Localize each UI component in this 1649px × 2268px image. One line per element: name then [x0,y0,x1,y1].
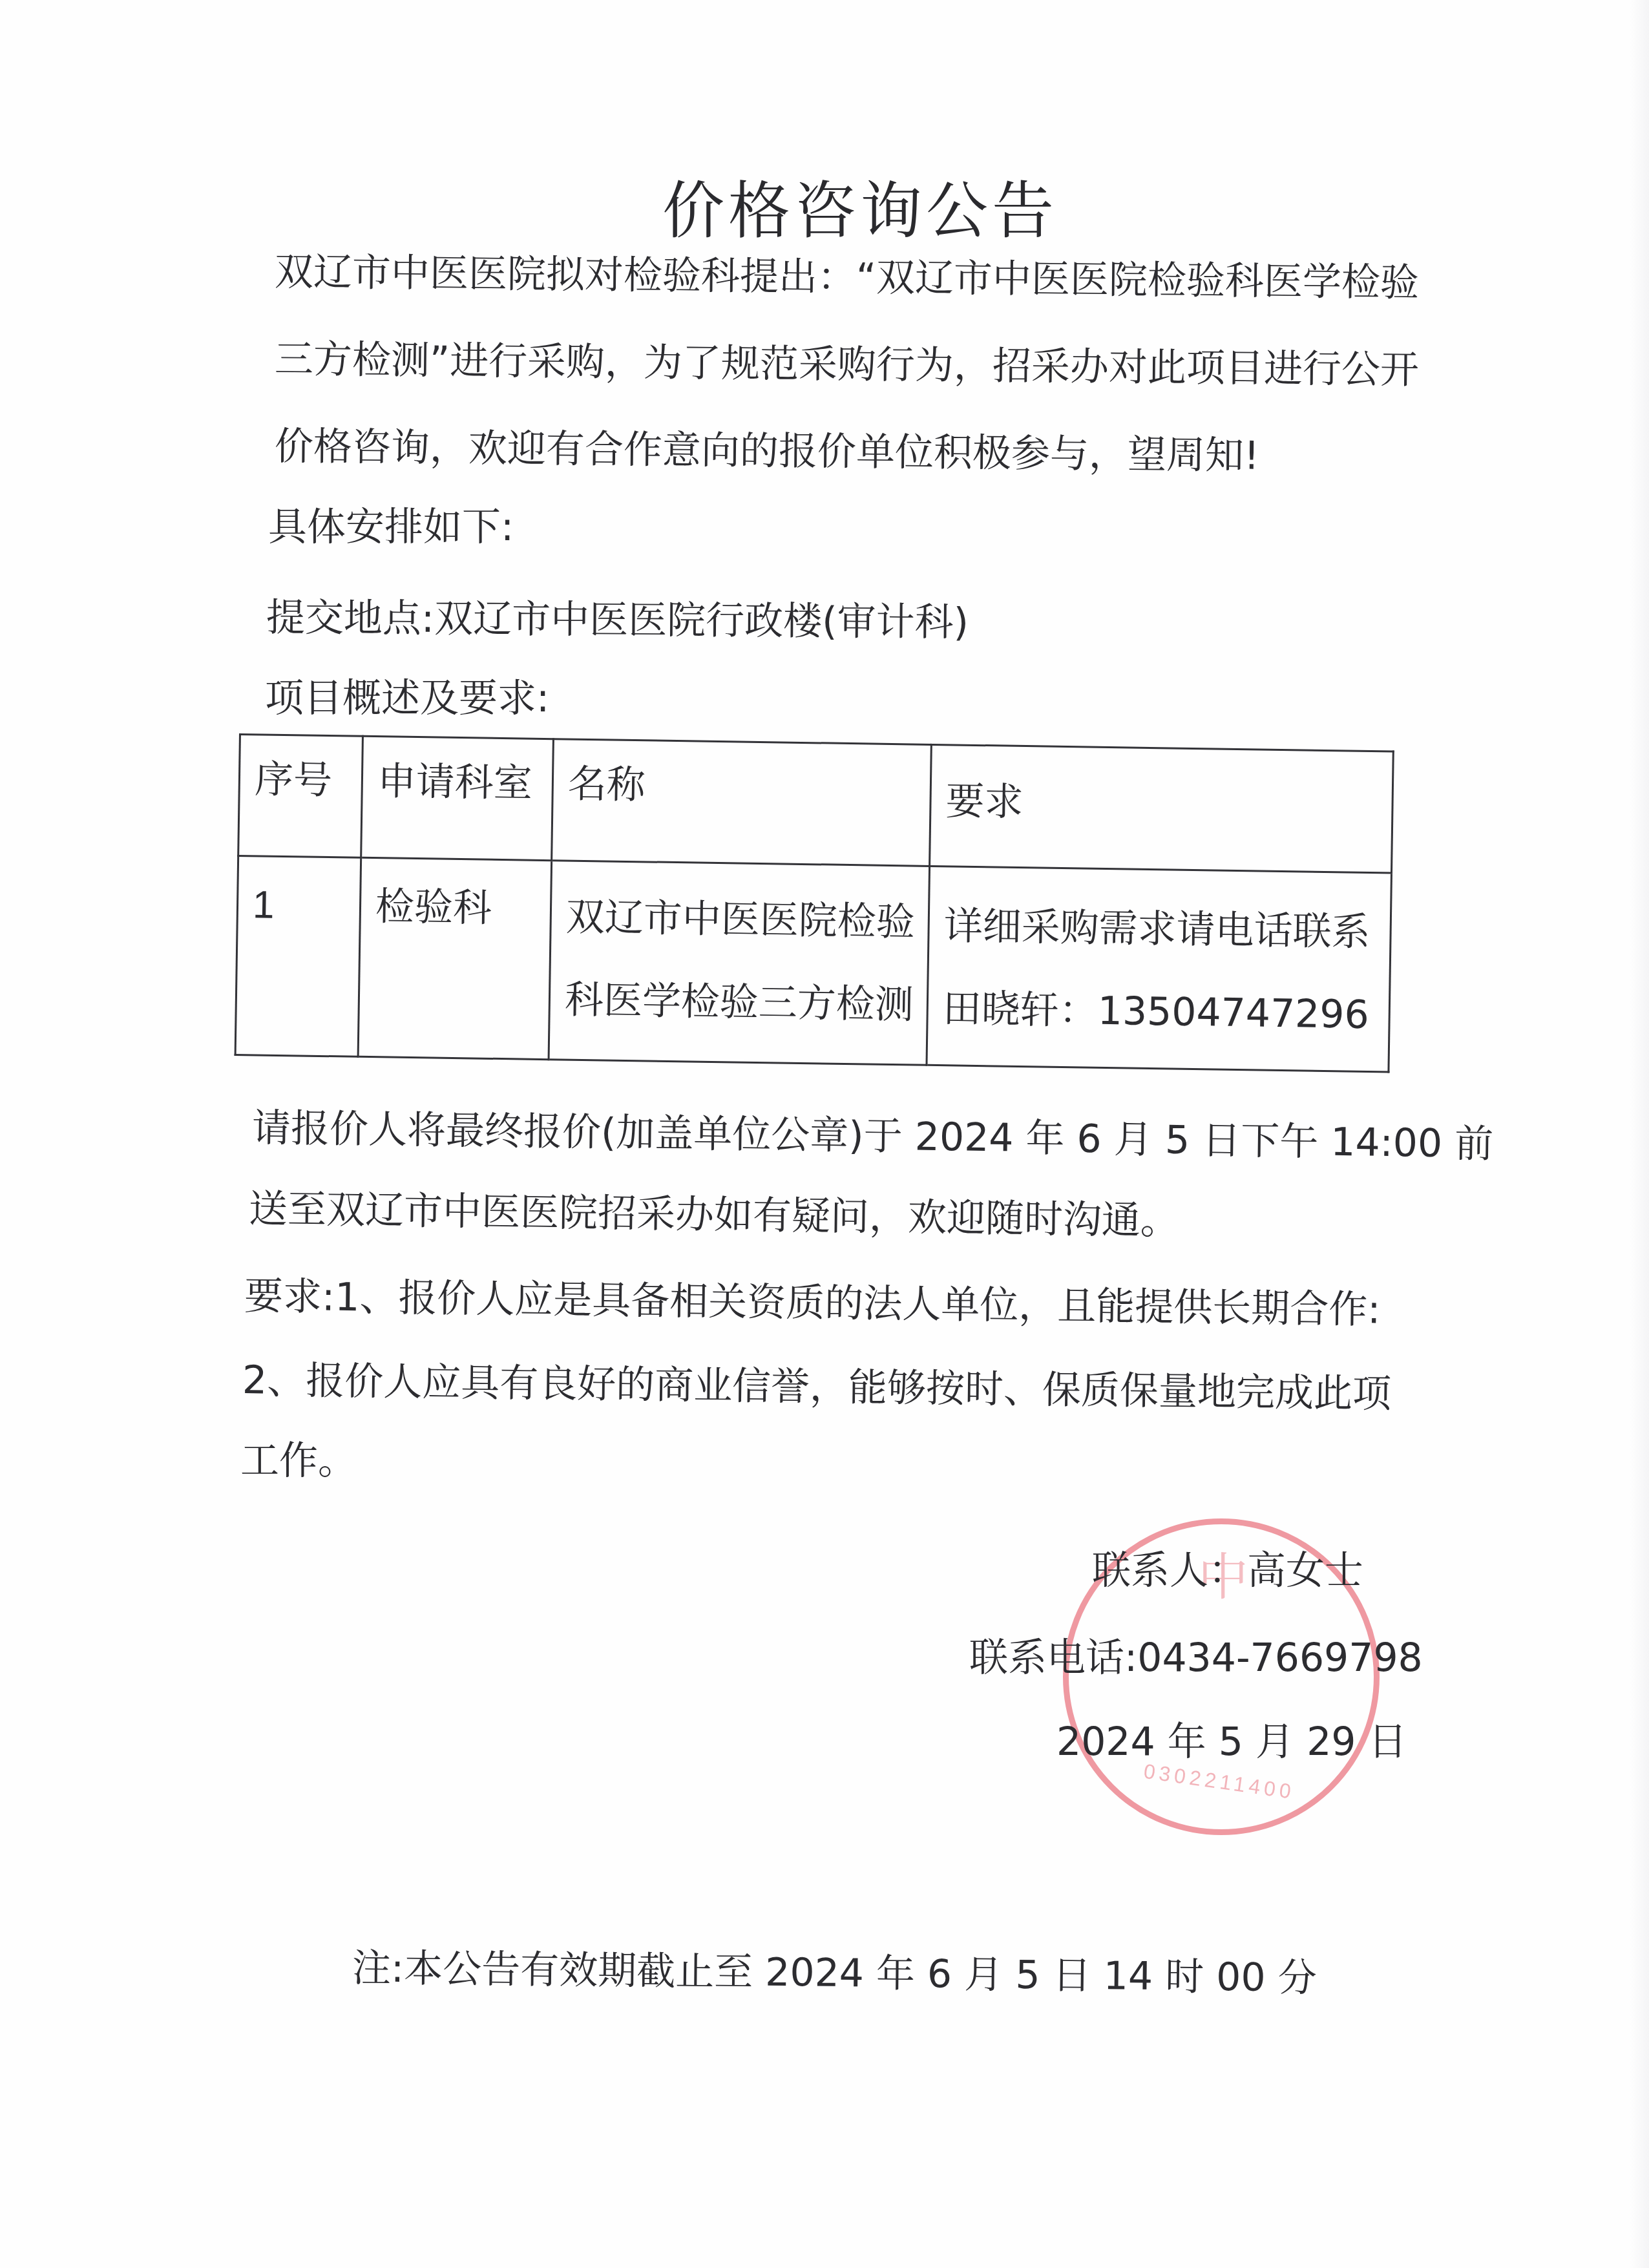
header-department: 申请科室 [361,736,554,860]
project-overview-heading: 项目概述及要求: [265,675,549,722]
arrangement-heading: 具体安排如下: [268,504,514,551]
table-row: 1 检验科 双辽市中医医院检验 科医学检验三方检测 详细采购需求请电话联系 田晓… [235,856,1391,1072]
scanned-document-page: 价格咨询公告 双辽市中医医院拟对检验科提出：“双辽市中医医院检验科医学检验 三方… [0,0,1649,2268]
project-table: 序号 申请科室 名称 要求 1 检验科 双辽市中医医院检验 科医学检验三方检测 … [235,733,1392,1073]
row-requirement-line-1: 详细采购需求请电话联系 [943,903,1390,956]
row-name-line-1: 双辽市中医医院检验 [565,894,928,946]
deadline-line-2: 送至双辽市中医医院招采办如有疑问，欢迎随时沟通。 [249,1186,1180,1244]
cell-index: 1 [235,856,361,1057]
contact-person: 联系人：高女士 [1092,1548,1363,1594]
cell-department: 检验科 [358,857,552,1059]
document-title: 价格咨询公告 [662,162,1058,250]
row-name-line-2: 科医学检验三方检测 [564,977,927,1029]
intro-line-1: 双辽市中医医院拟对检验科提出：“双辽市中医医院检验科医学检验 [275,249,1420,306]
header-index: 序号 [238,735,363,858]
cell-name: 双辽市中医医院检验 科医学检验三方检测 [549,861,930,1066]
header-requirement: 要求 [930,744,1394,873]
requirement-line-2: 2、报价人应具有良好的商业信誉，能够按时、保质保量地完成此项 [242,1357,1392,1418]
scan-edge-shadow [1630,0,1649,2268]
intro-line-3: 价格咨询，欢迎有合作意向的报价单位积极参与，望周知! [275,423,1260,479]
stamp-code: 0302211400 [1142,1759,1296,1804]
table-header-row: 序号 申请科室 名称 要求 [238,735,1394,873]
row-index: 1 [253,881,360,929]
deadline-line-1: 请报价人将最终报价(加盖单位公章)于 2024 年 6 月 5 日下午 14:0… [252,1105,1494,1168]
row-requirement-line-2: 田晓轩：13504747296 [942,985,1389,1038]
row-department: 检验科 [375,883,551,932]
signature-date: 2024 年 5 月 29 日 [1056,1719,1407,1765]
requirement-line-1: 要求:1、报价人应是具备相关资质的法人单位，且能提供长期合作: [244,1273,1381,1333]
validity-note: 注:本公告有效期截止至 2024 年 6 月 5 日 14 时 00 分 [352,1945,1317,2002]
requirement-line-3: 工作。 [240,1438,357,1484]
cell-requirement: 详细采购需求请电话联系 田晓轩：13504747296 [927,866,1391,1072]
submission-location: 提交地点:双辽市中医医院行政楼(审计科) [266,594,969,646]
intro-line-2: 三方检测”进行采购，为了规范采购行为，招采办对此项目进行公开 [275,336,1420,394]
header-name: 名称 [552,739,932,866]
contact-phone: 联系电话:0434-7669798 [969,1635,1423,1681]
